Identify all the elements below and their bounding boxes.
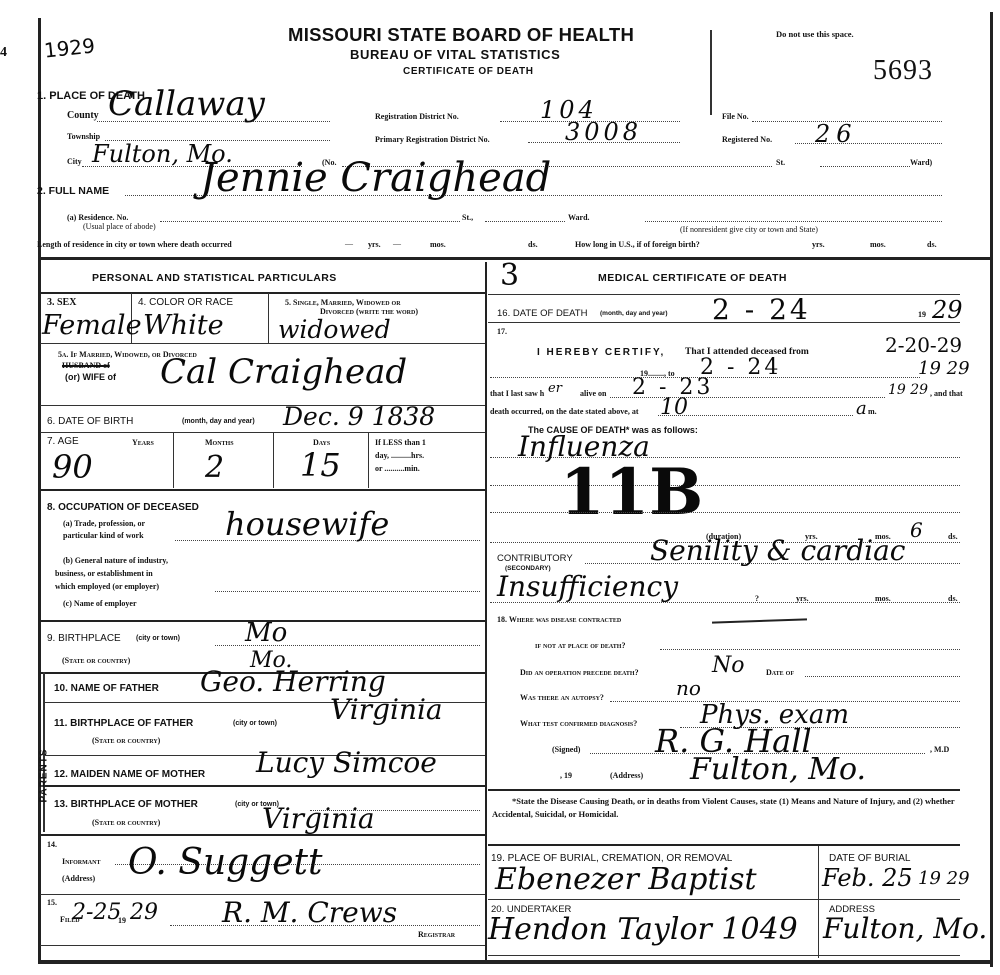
full-name-label: 2. FULL NAME bbox=[37, 185, 109, 197]
residence-line bbox=[160, 221, 460, 222]
occ-b-label-3: which employed (or employer) bbox=[55, 582, 159, 591]
burial-date-label: DATE OF BURIAL bbox=[829, 853, 911, 864]
certify-label: I HEREBY CERTIFY, bbox=[537, 347, 665, 358]
duration-days-value: 6 bbox=[910, 518, 923, 542]
contributory-label: CONTRIBUTORY bbox=[497, 553, 573, 564]
autopsy-label: Was there an autopsy? bbox=[520, 693, 604, 702]
bottom-border bbox=[38, 960, 993, 964]
signed-label: (Signed) bbox=[552, 745, 580, 754]
mother-birthplace-state-label: (State or country) bbox=[92, 818, 160, 827]
physician-address-value: Fulton, Mo. bbox=[690, 752, 866, 787]
parents-side-label: PARENTS bbox=[39, 748, 50, 802]
residence-mos-dash: — bbox=[393, 239, 401, 248]
cause-line-3 bbox=[490, 512, 960, 513]
occurred-label: death occurred, on the date stated above… bbox=[490, 407, 639, 416]
form-name: CERTIFICATE OF DEATH bbox=[403, 66, 534, 77]
operation-label: Did an operation precede death? bbox=[520, 668, 639, 677]
dob-value: Dec. 9 1838 bbox=[283, 402, 435, 431]
occupation-value: housewife bbox=[225, 505, 389, 543]
county-value: Callaway bbox=[108, 84, 265, 124]
st-label: St. bbox=[776, 158, 785, 167]
duration-ds-label: ds. bbox=[948, 532, 958, 541]
mother-birthplace-value: Virginia bbox=[262, 802, 375, 835]
age-label: 7. AGE bbox=[47, 436, 79, 447]
age-days-value: 15 bbox=[300, 446, 341, 484]
alive-on-label: alive on bbox=[580, 389, 606, 398]
row-rule bbox=[488, 844, 960, 846]
last-saw-label: that I last saw h bbox=[490, 389, 544, 398]
occupation-label: 8. OCCUPATION OF DECEASED bbox=[47, 502, 199, 513]
row-rule bbox=[488, 789, 960, 791]
nonresident-note: (If nonresident give city or town and St… bbox=[680, 225, 818, 234]
dod-year: 29 bbox=[932, 296, 963, 324]
nonresident-line bbox=[645, 221, 942, 222]
age-months-value: 2 bbox=[205, 450, 224, 485]
less-day-label: day, ..........hrs. bbox=[375, 451, 424, 460]
attended-from-value: 2-20-29 bbox=[885, 333, 962, 357]
ward-line bbox=[820, 166, 910, 167]
row-rule bbox=[40, 432, 485, 433]
row-rule bbox=[44, 785, 485, 787]
informant-value: O. Suggett bbox=[128, 842, 322, 883]
md-label: , M.D bbox=[930, 745, 949, 754]
where-contracted-dash bbox=[712, 618, 807, 623]
column-divider bbox=[485, 262, 487, 962]
time-value: 10 bbox=[660, 395, 688, 420]
marital-value: widowed bbox=[278, 315, 391, 344]
length-residence-label: Length of residence in city or town wher… bbox=[37, 240, 232, 249]
margin-mark: 4 bbox=[0, 45, 7, 61]
m-label: m. bbox=[868, 407, 877, 416]
residence-label: (a) Residence. No. bbox=[67, 213, 128, 222]
autopsy-value: no bbox=[676, 676, 701, 700]
residence-ds-label: ds. bbox=[528, 240, 538, 249]
cause-annotation: 11B bbox=[560, 455, 703, 530]
dob-label: 6. DATE OF BIRTH bbox=[47, 416, 133, 427]
personal-heading: PERSONAL AND STATISTICAL PARTICULARS bbox=[92, 272, 337, 284]
us-ds-label: ds. bbox=[927, 240, 937, 249]
row-rule bbox=[40, 343, 485, 344]
father-name-label: 10. NAME OF FATHER bbox=[54, 683, 159, 694]
primary-registration-label: Primary Registration District No. bbox=[375, 135, 490, 144]
filed-year-prefix: 19 bbox=[118, 916, 126, 925]
age-divider bbox=[273, 433, 274, 488]
test-label: What test confirmed diagnosis? bbox=[520, 719, 637, 728]
alive-on-year: 19 29 bbox=[888, 382, 928, 398]
burial-place-value: Ebenezer Baptist bbox=[495, 862, 757, 897]
color-race-label: 4. COLOR OR RACE bbox=[138, 297, 233, 308]
birthplace-label: 9. BIRTHPLACE bbox=[47, 633, 121, 644]
dod-sub: (month, day and year) bbox=[600, 310, 668, 317]
row-rule bbox=[488, 955, 960, 956]
informant-address-label: (Address) bbox=[62, 874, 95, 883]
registration-district-label: Registration District No. bbox=[375, 112, 459, 121]
do-not-use-note: Do not use this space. bbox=[776, 29, 854, 39]
less-or-label: or ..........min. bbox=[375, 464, 420, 473]
spouse-label-struck: HUSBAND of bbox=[62, 361, 110, 370]
residence-ward-label: Ward. bbox=[568, 213, 590, 222]
ampm-value: a bbox=[856, 398, 867, 419]
mother-name-value: Lucy Simcoe bbox=[256, 746, 437, 779]
row-rule bbox=[40, 489, 485, 491]
certificate-number: 5693 bbox=[873, 55, 933, 87]
filed-year: 29 bbox=[130, 900, 158, 925]
right-border bbox=[990, 12, 993, 967]
filed-date: 2-25 bbox=[72, 900, 121, 925]
color-race-value: White bbox=[143, 310, 224, 341]
mother-birthplace-label: 13. BIRTHPLACE OF MOTHER bbox=[54, 799, 198, 810]
dob-sub: (month, day and year) bbox=[182, 418, 255, 425]
operation-date-line bbox=[805, 676, 960, 677]
county-label: County bbox=[67, 110, 99, 121]
color-divider bbox=[268, 293, 269, 343]
contributory-value-2: Insufficiency bbox=[497, 570, 678, 603]
undertaker-address-value: Fulton, Mo. bbox=[823, 912, 987, 945]
city-label: City bbox=[67, 157, 82, 166]
how-long-us-label: How long in U.S., if of foreign birth? bbox=[575, 240, 700, 249]
us-yrs-label: yrs. bbox=[812, 240, 825, 249]
age-divider bbox=[368, 433, 369, 488]
registrar-value: R. M. Crews bbox=[222, 896, 397, 929]
registrar-label: Registrar bbox=[418, 930, 455, 939]
years-label: Years bbox=[132, 438, 154, 447]
row-rule bbox=[40, 894, 485, 895]
age-divider bbox=[173, 433, 174, 488]
father-birthplace-city-sub: (city or town) bbox=[233, 720, 277, 727]
full-name-value: Jennie Craighead bbox=[200, 155, 551, 201]
spouse-label-2: (or) WIFE of bbox=[65, 372, 116, 382]
row-rule bbox=[40, 834, 485, 836]
undertaker-value: Hendon Taylor 1049 bbox=[488, 912, 798, 947]
occ-c-label: (c) Name of employer bbox=[63, 599, 137, 608]
father-birthplace-state-label: (State or country) bbox=[92, 736, 160, 745]
abode-label: (Usual place of abode) bbox=[83, 222, 156, 231]
filed-num: 15. bbox=[47, 898, 57, 907]
header-divider bbox=[710, 30, 712, 115]
age-years-value: 90 bbox=[52, 448, 93, 486]
occ-a-label-1: (a) Trade, profession, or bbox=[63, 519, 145, 528]
informant-label: Informant bbox=[62, 857, 100, 866]
date-of-label: Date of bbox=[766, 668, 794, 677]
informant-num: 14. bbox=[47, 840, 57, 849]
industry-line bbox=[215, 591, 480, 592]
primary-registration-value: 3008 bbox=[565, 118, 642, 146]
residence-st-label: St., bbox=[462, 213, 473, 222]
contrib-duration-line bbox=[490, 602, 960, 603]
marital-label-1: 5. Single, Married, Widowed or bbox=[285, 298, 401, 307]
us-mos-label: mos. bbox=[870, 240, 886, 249]
sex-value: Female bbox=[42, 310, 142, 341]
physician-address-label: (Address) bbox=[610, 771, 643, 780]
form-subtitle: BUREAU OF VITAL STATISTICS bbox=[350, 47, 560, 62]
last-saw-pronoun: er bbox=[548, 381, 562, 396]
page-mark: 3 bbox=[500, 258, 519, 293]
registered-no-label: Registered No. bbox=[722, 135, 772, 144]
if-not-line bbox=[660, 649, 960, 650]
row-rule bbox=[40, 945, 485, 946]
less-than-label: If LESS than 1 bbox=[375, 438, 426, 447]
occ-b-label-2: business, or establishment in bbox=[55, 569, 153, 578]
father-birthplace-value: Virginia bbox=[330, 693, 443, 726]
medical-heading: MEDICAL CERTIFICATE OF DEATH bbox=[598, 272, 787, 284]
attended-to-year: 19 29 bbox=[918, 358, 970, 379]
father-birthplace-label: 11. BIRTHPLACE OF FATHER bbox=[54, 718, 193, 729]
if-not-label: if not at place of death? bbox=[535, 641, 625, 650]
occ-a-label-2: particular kind of work bbox=[63, 531, 144, 540]
row-rule bbox=[488, 322, 960, 323]
spouse-value: Cal Craighead bbox=[160, 352, 407, 392]
dod-year-prefix: 19 bbox=[918, 310, 926, 319]
file-no-label: File No. bbox=[722, 112, 749, 121]
birthplace-state-label: (State or country) bbox=[62, 656, 130, 665]
certify-num: 17. bbox=[497, 327, 507, 336]
birthplace-city-sub: (city or town) bbox=[136, 635, 180, 642]
dod-label: 16. DATE OF DEATH bbox=[497, 308, 587, 319]
where-contracted-label: 18. Where was disease contracted bbox=[497, 615, 621, 624]
occ-b-label-1: (b) General nature of industry, bbox=[63, 556, 168, 565]
year-stamp: 1929 bbox=[43, 33, 96, 62]
contributory-value-1: Senility & cardiac bbox=[650, 534, 905, 567]
residence-ward-line bbox=[485, 221, 565, 222]
residence-mos-label: mos. bbox=[430, 240, 446, 249]
sex-label: 3. SEX bbox=[47, 297, 76, 308]
burial-divider bbox=[818, 846, 819, 958]
signed-date-year: , 19 bbox=[560, 771, 572, 780]
months-label: Months bbox=[205, 438, 234, 447]
residence-yrs-dash: — bbox=[345, 239, 353, 248]
operation-value: No bbox=[712, 653, 745, 678]
and-that-label: , and that bbox=[930, 389, 963, 398]
birthplace-city-value: Mo bbox=[245, 618, 287, 648]
cause-footnote: *State the Disease Causing Death, or in … bbox=[492, 795, 957, 821]
form-title: MISSOURI STATE BOARD OF HEALTH bbox=[288, 24, 634, 46]
ward-label: Ward) bbox=[910, 158, 932, 167]
residence-yrs-label: yrs. bbox=[368, 240, 381, 249]
registered-no-value: 26 bbox=[815, 120, 858, 148]
personal-heading-rule bbox=[40, 292, 485, 294]
burial-date-year: 19 29 bbox=[918, 868, 970, 889]
mother-name-label: 12. MAIDEN NAME OF MOTHER bbox=[54, 769, 205, 780]
row-rule bbox=[488, 899, 960, 900]
burial-date-value: Feb. 25 bbox=[822, 864, 913, 892]
